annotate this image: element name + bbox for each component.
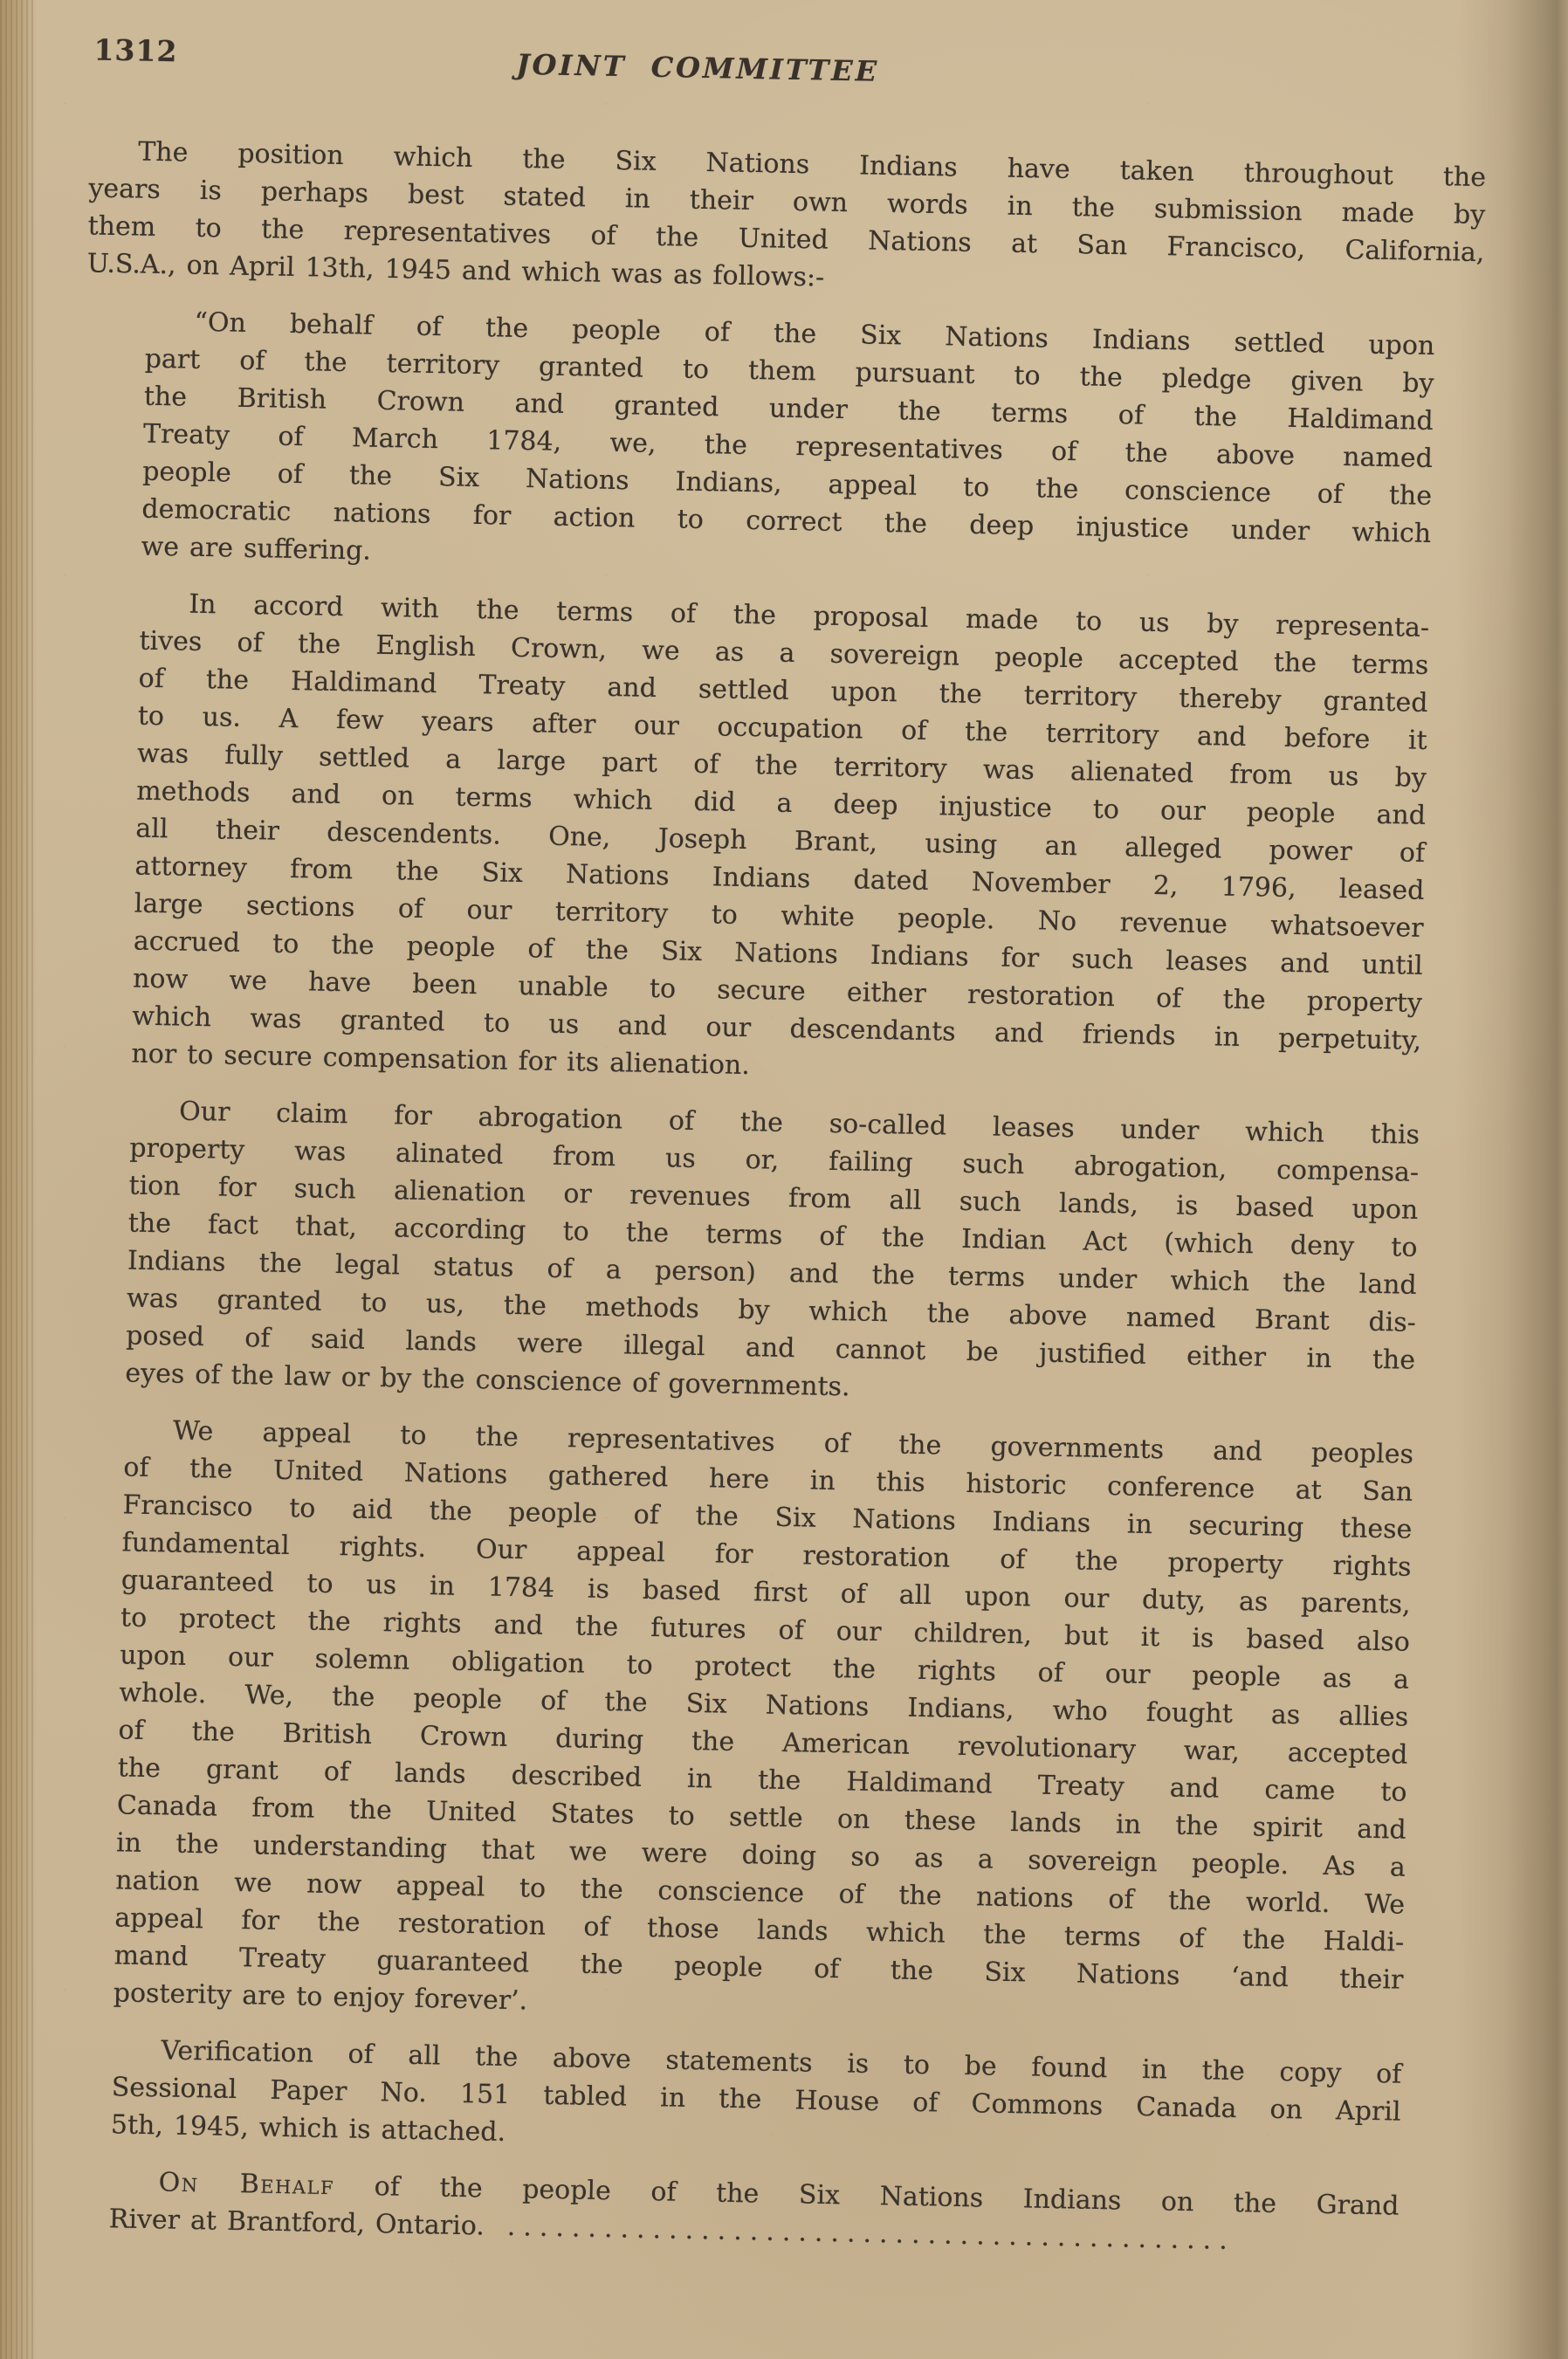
paragraph: The position which the Six Nations India… (86, 132, 1486, 309)
signature-smallcaps: On Behalf (158, 2167, 334, 2201)
page-content: 1312 JOINT COMMITTEE The position which … (49, 29, 1489, 2282)
left-page-edge (0, 0, 37, 2359)
paragraph: Verification of all the above statements… (111, 2031, 1402, 2168)
paragraph: We appeal to the representatives of the … (113, 1411, 1413, 2036)
right-gutter-shadow (1455, 0, 1568, 2359)
page-number: 1312 (93, 31, 178, 70)
signature-line2: River at Brantford, Ontario. (109, 2204, 485, 2241)
signature-paragraph: On Behalf of the people of the Six Natio… (108, 2163, 1399, 2262)
document-body: The position which the Six Nations India… (52, 132, 1487, 2169)
paragraph: “On behalf of the people of the Six Nati… (141, 303, 1435, 590)
paragraph: In accord with the terms of the proposal… (131, 585, 1429, 1097)
paragraph: Our claim for abrogation of the so-calle… (125, 1092, 1420, 1417)
